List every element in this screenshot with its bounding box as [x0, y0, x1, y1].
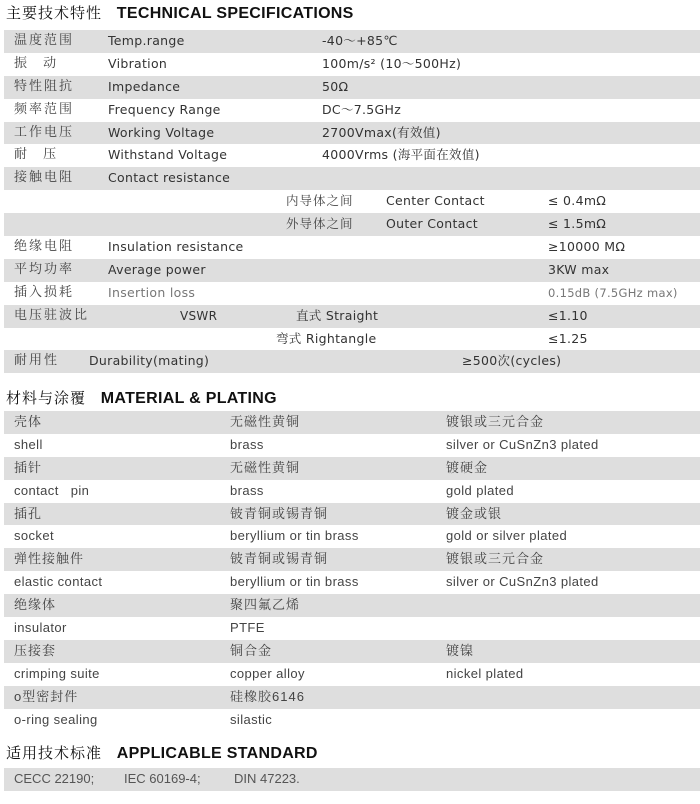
standard-item: DIN 47223.	[234, 768, 300, 791]
spec-row-average-power: 平均功率 Average power 3KW max	[4, 259, 700, 282]
material-material: beryllium or tin brass	[230, 571, 359, 594]
spec-value: 100m/s² (10～500Hz)	[322, 53, 461, 76]
material-title-en: MATERIAL & PLATING	[101, 390, 277, 407]
material-part: 绝缘体	[14, 594, 56, 617]
spec-value: 0.15dB (7.5GHz max)	[548, 282, 678, 305]
material-row: socket beryllium or tin brass gold or si…	[4, 525, 700, 548]
spec-label-en: Vibration	[108, 53, 167, 76]
material-row: elastic contact beryllium or tin brass s…	[4, 571, 700, 594]
spec-row-temp-range: 温度范围 Temp.range -40～+85℃	[4, 30, 700, 53]
spec-value: DC～7.5GHz	[322, 99, 401, 122]
spec-row-durability: 耐用性 Durability(mating) ≥500次(cycles)	[4, 350, 700, 373]
spec-row-outer-contact: 外导体之间 Outer Contact ≤ 1.5mΩ	[4, 213, 700, 236]
spec-label-cn: 绝缘电阻	[14, 236, 74, 259]
standard-item: IEC 60169-4;	[124, 768, 201, 791]
material-row: 插针 无磁性黄铜 镀硬金	[4, 457, 700, 480]
material-plating: gold plated	[446, 480, 514, 503]
material-material: 无磁性黄铜	[230, 457, 300, 480]
material-row: insulator PTFE	[4, 617, 700, 640]
spec-row-vibration: 振 动 Vibration 100m/s² (10～500Hz)	[4, 53, 700, 76]
material-plating: silver or CuSnZn3 plated	[446, 434, 599, 457]
material-table: 壳体 无磁性黄铜 镀银或三元合金 shell brass silver or C…	[4, 411, 700, 731]
spec-label-cn: 插入损耗	[14, 282, 74, 305]
spec-label-en: Frequency Range	[108, 99, 221, 122]
material-part: contact pin	[14, 480, 89, 503]
material-row: shell brass silver or CuSnZn3 plated	[4, 434, 700, 457]
material-part: shell	[14, 434, 43, 457]
standard-title-cn: 适用技术标准	[6, 744, 102, 762]
spec-value: ≤ 1.5mΩ	[548, 213, 606, 236]
spec-value: 50Ω	[322, 76, 348, 99]
material-material: 铍青铜或锡青铜	[230, 548, 328, 571]
spec-label-cn: 耐 压	[14, 144, 62, 167]
spec-label-cn: 特性阻抗	[14, 76, 74, 99]
spec-value: ≤1.25	[548, 328, 588, 351]
spec-label-en: Insulation resistance	[108, 236, 244, 259]
material-material: beryllium or tin brass	[230, 525, 359, 548]
material-material: brass	[230, 434, 264, 457]
material-plating: nickel plated	[446, 663, 523, 686]
standard-item: CECC 22190;	[14, 768, 94, 791]
spec-row-insertion-loss: 插入损耗 Insertion loss 0.15dB (7.5GHz max)	[4, 282, 700, 305]
spec-label-en: Impedance	[108, 76, 180, 99]
material-material: 硅橡胶6146	[230, 686, 305, 709]
material-part: socket	[14, 525, 54, 548]
spec-value: 4000Vrms (海平面在效值)	[322, 144, 480, 167]
material-material: PTFE	[230, 617, 265, 640]
specs-title-en: TECHNICAL SPECIFICATIONS	[117, 5, 354, 22]
spec-row-withstand-voltage: 耐 压 Withstand Voltage 4000Vrms (海平面在效值)	[4, 144, 700, 167]
material-plating: 镀镍	[446, 640, 474, 663]
material-part: elastic contact	[14, 571, 102, 594]
standard-title-en: APPLICABLE STANDARD	[117, 745, 318, 762]
spec-sublabel: 直式 Straight	[296, 305, 378, 328]
material-row: o-ring sealing silastic	[4, 709, 700, 732]
material-plating: 镀金或银	[446, 503, 502, 526]
material-row: 压接套 铜合金 镀镍	[4, 640, 700, 663]
specs-section-title: 主要技术特性 TECHNICAL SPECIFICATIONS	[6, 2, 354, 24]
spec-value: ≤1.10	[548, 305, 588, 328]
material-part: 壳体	[14, 411, 42, 434]
material-plating: gold or silver plated	[446, 525, 567, 548]
spec-row-vswr-rightangle: 弯式 Rightangle ≤1.25	[4, 328, 700, 351]
spec-value: -40～+85℃	[322, 30, 398, 53]
spec-sublabel-cn: 内导体之间	[286, 190, 354, 213]
spec-label-en: Average power	[108, 259, 206, 282]
material-material: 铜合金	[230, 640, 272, 663]
spec-label-en: Contact resistance	[108, 167, 230, 190]
spec-row-center-contact: 内导体之间 Center Contact ≤ 0.4mΩ	[4, 190, 700, 213]
material-row: 弹性接触件 铍青铜或锡青铜 镀银或三元合金	[4, 548, 700, 571]
standard-section-title: 适用技术标准 APPLICABLE STANDARD	[6, 742, 318, 764]
spec-row-vswr-straight: 电压驻波比 VSWR 直式 Straight ≤1.10	[4, 305, 700, 328]
material-section-title: 材料与涂覆 MATERIAL & PLATING	[6, 387, 277, 409]
spec-label-cn: 耐用性	[14, 350, 59, 373]
spec-label-cn: 工作电压	[14, 122, 74, 145]
material-part: o型密封件	[14, 686, 78, 709]
spec-row-contact-resistance: 接触电阻 Contact resistance	[4, 167, 700, 190]
spec-row-impedance: 特性阻抗 Impedance 50Ω	[4, 76, 700, 99]
material-title-cn: 材料与涂覆	[6, 389, 86, 407]
material-material: 铍青铜或锡青铜	[230, 503, 328, 526]
material-row: 壳体 无磁性黄铜 镀银或三元合金	[4, 411, 700, 434]
spec-label-en: Withstand Voltage	[108, 144, 227, 167]
spec-label-cn: 振 动	[14, 53, 62, 76]
material-material: copper alloy	[230, 663, 305, 686]
spec-label-en: Working Voltage	[108, 122, 214, 145]
material-plating: 镀银或三元合金	[446, 411, 544, 434]
material-row: crimping suite copper alloy nickel plate…	[4, 663, 700, 686]
material-row: contact pin brass gold plated	[4, 480, 700, 503]
material-part: 插针	[14, 457, 42, 480]
spec-value: ≥10000 MΩ	[548, 236, 625, 259]
spec-sublabel-en: Outer Contact	[386, 213, 478, 236]
material-part: crimping suite	[14, 663, 100, 686]
spec-label-en: VSWR	[180, 305, 217, 328]
spec-label-cn: 电压驻波比	[14, 305, 89, 328]
spec-row-frequency-range: 频率范围 Frequency Range DC～7.5GHz	[4, 99, 700, 122]
spec-label-en: Durability(mating)	[89, 350, 209, 373]
spec-row-insulation-resistance: 绝缘电阻 Insulation resistance ≥10000 MΩ	[4, 236, 700, 259]
spec-label-cn: 平均功率	[14, 259, 74, 282]
material-part: 压接套	[14, 640, 56, 663]
material-material: 无磁性黄铜	[230, 411, 300, 434]
material-material: 聚四氟乙烯	[230, 594, 300, 617]
material-part: 插孔	[14, 503, 42, 526]
spec-label-en: Insertion loss	[108, 282, 195, 305]
spec-sublabel-cn: 外导体之间	[286, 213, 354, 236]
material-plating: silver or CuSnZn3 plated	[446, 571, 599, 594]
material-row: 绝缘体 聚四氟乙烯	[4, 594, 700, 617]
material-row: o型密封件 硅橡胶6146	[4, 686, 700, 709]
material-plating: 镀硬金	[446, 457, 488, 480]
spec-value: ≤ 0.4mΩ	[548, 190, 606, 213]
material-material: silastic	[230, 709, 272, 732]
specs-table: 温度范围 Temp.range -40～+85℃ 振 动 Vibration 1…	[4, 30, 700, 373]
spec-label-cn: 接触电阻	[14, 167, 74, 190]
spec-value: 3KW max	[548, 259, 609, 282]
spec-label-cn: 温度范围	[14, 30, 74, 53]
specs-title-cn: 主要技术特性	[6, 4, 102, 22]
material-plating: 镀银或三元合金	[446, 548, 544, 571]
spec-sublabel: 弯式 Rightangle	[276, 328, 376, 351]
standard-row: CECC 22190; IEC 60169-4; DIN 47223.	[4, 768, 700, 791]
spec-label-cn: 频率范围	[14, 99, 74, 122]
material-part: o-ring sealing	[14, 709, 98, 732]
spec-value: 2700Vmax(有效值)	[322, 122, 441, 145]
material-part: insulator	[14, 617, 67, 640]
spec-value: ≥500次(cycles)	[462, 350, 561, 373]
spec-sublabel-en: Center Contact	[386, 190, 485, 213]
material-row: 插孔 铍青铜或锡青铜 镀金或银	[4, 503, 700, 526]
spec-row-working-voltage: 工作电压 Working Voltage 2700Vmax(有效值)	[4, 122, 700, 145]
material-material: brass	[230, 480, 264, 503]
spec-label-en: Temp.range	[108, 30, 185, 53]
material-part: 弹性接触件	[14, 548, 84, 571]
